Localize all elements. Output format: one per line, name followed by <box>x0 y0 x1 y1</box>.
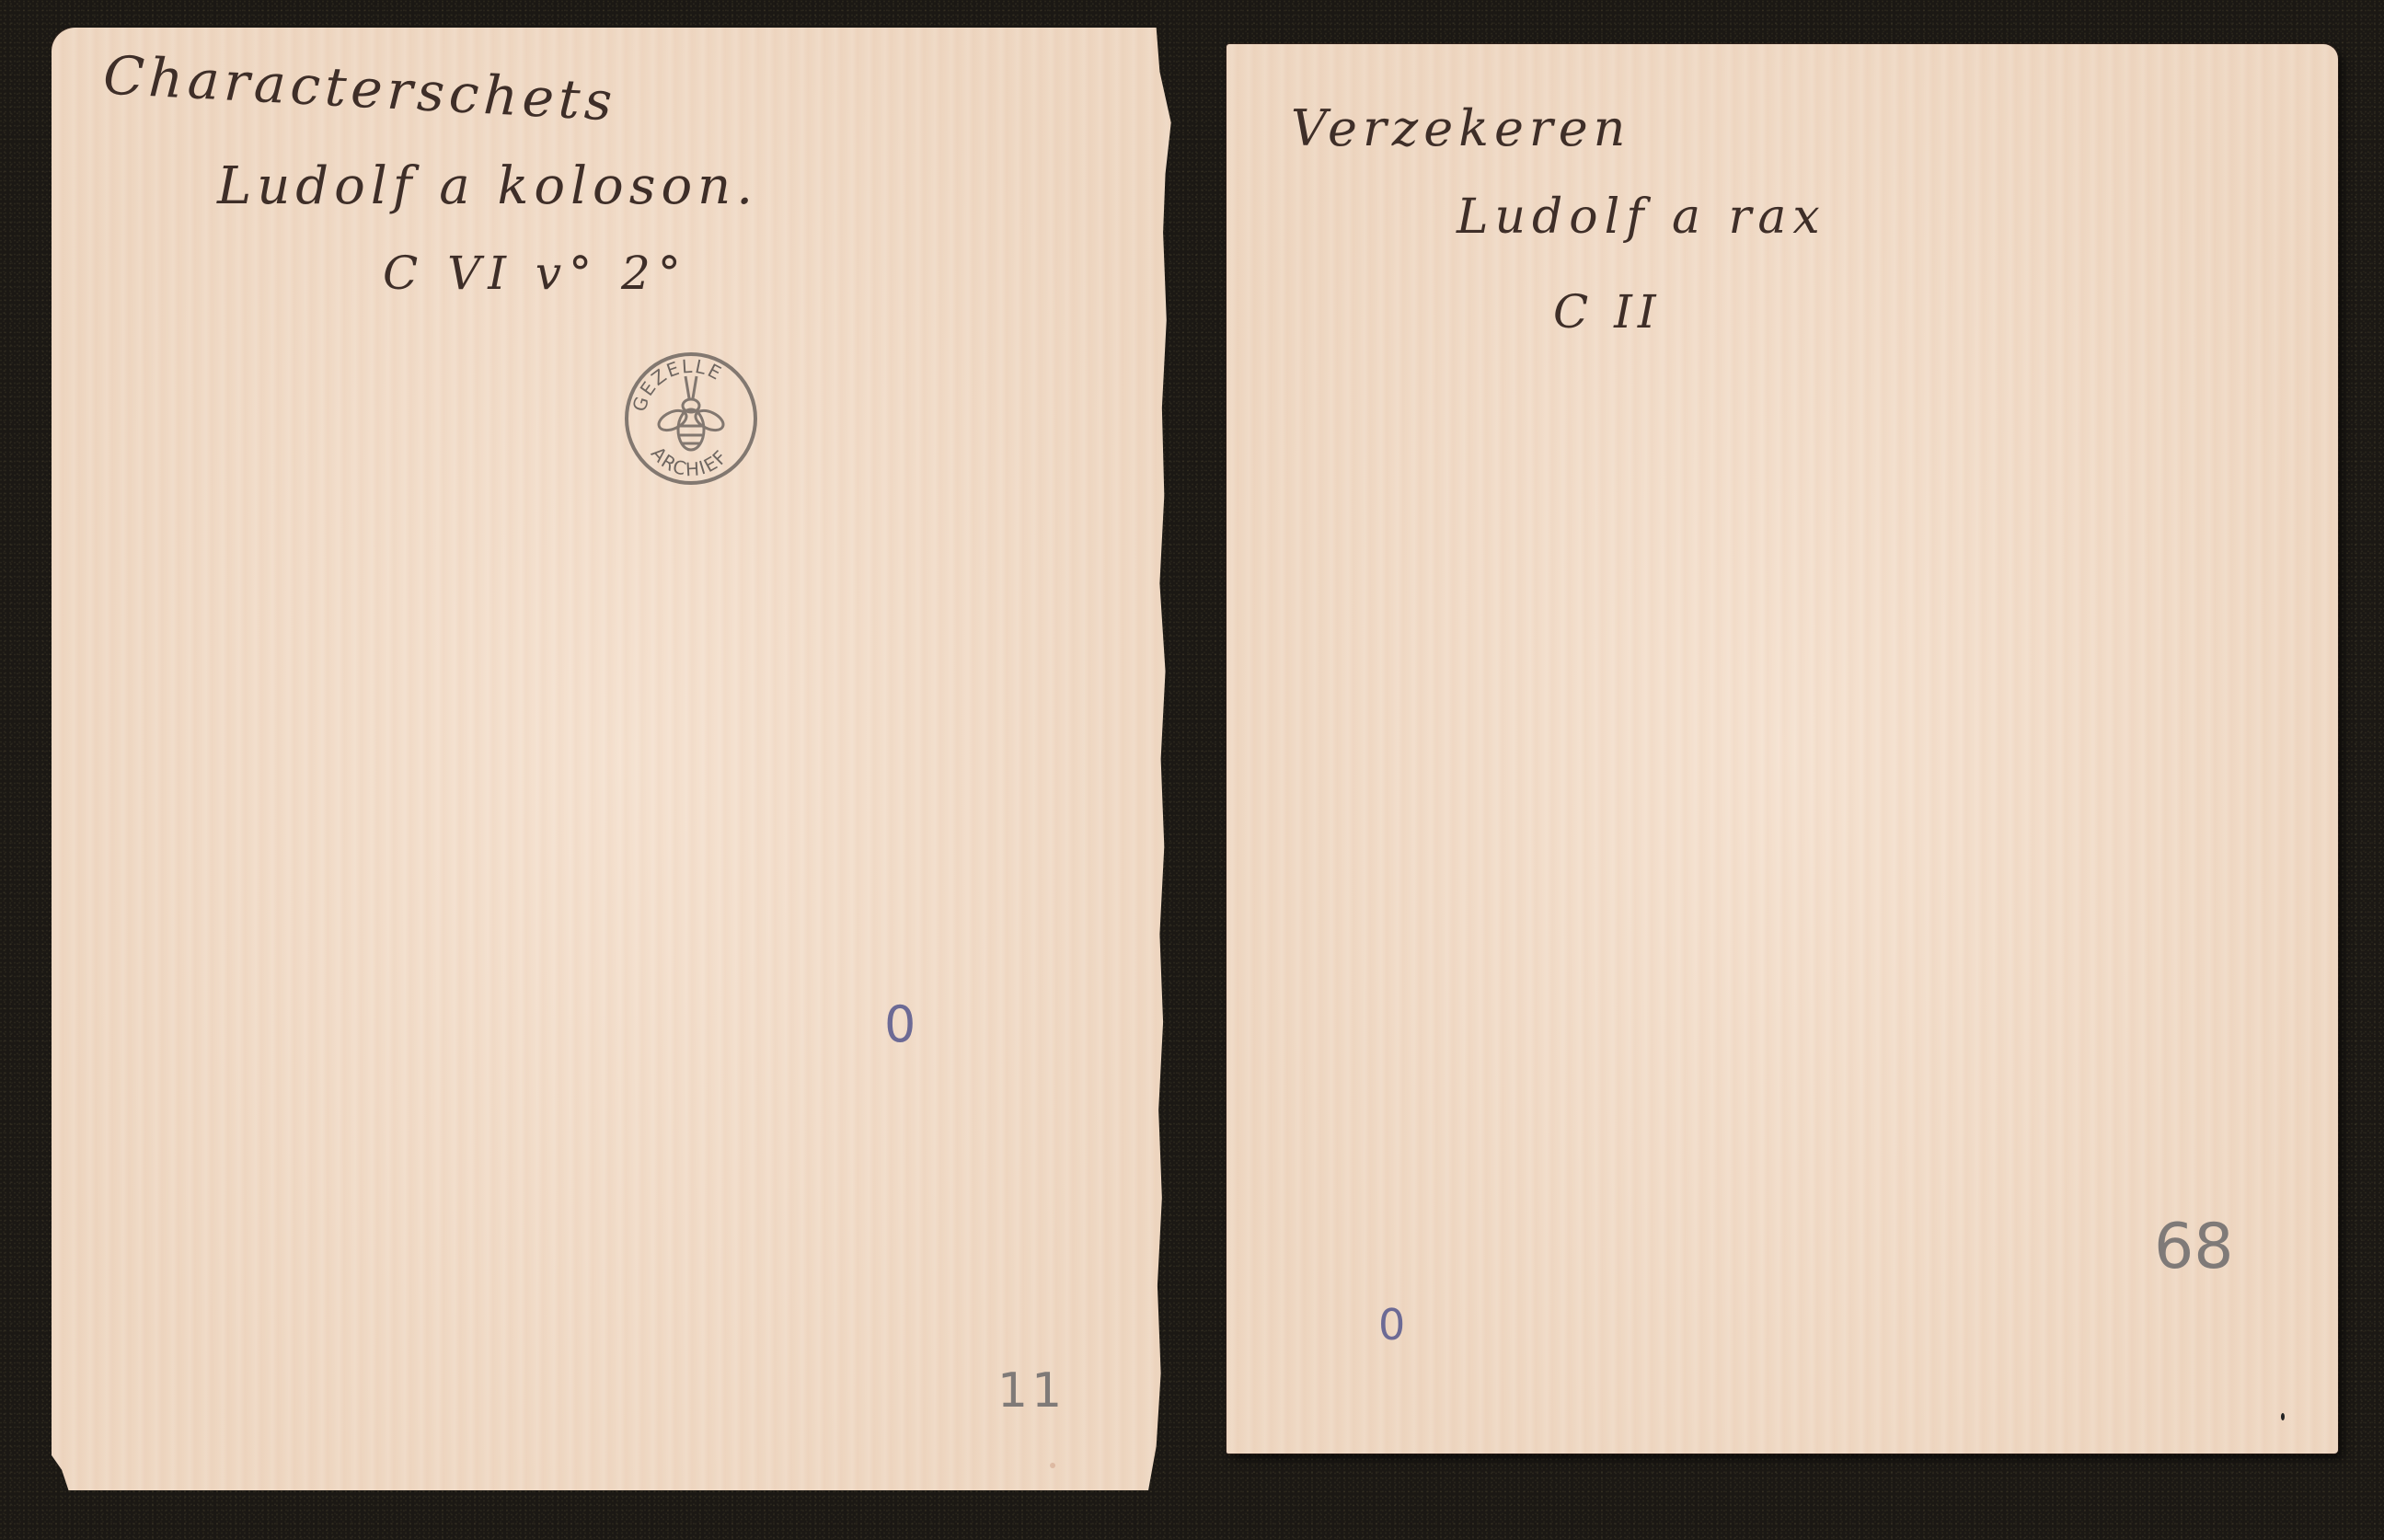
ink-dot <box>2281 1413 2285 1420</box>
right-reference-code: C II <box>1553 285 1662 339</box>
left-subtitle-handwriting: Ludolf a koloson. <box>217 156 758 216</box>
right-subtitle-handwriting: Ludolf a rax <box>1457 190 1826 245</box>
left-reference-code: C VI v° 2° <box>383 247 688 300</box>
right-page-number: 68 <box>2154 1211 2234 1283</box>
left-blue-circle-mark: 0 <box>884 995 916 1053</box>
right-title-handwriting: Verzekeren <box>1291 99 1630 157</box>
left-page-number: 11 <box>997 1363 1065 1419</box>
gezelle-archief-stamp: GEZELLE ARCHIEF <box>617 345 765 492</box>
right-document-sheet: Verzekeren Ludolf a rax C II 0 68 <box>1227 44 2338 1454</box>
left-title-handwriting: Characterschets <box>102 43 618 132</box>
paper-stain <box>1050 1463 1055 1468</box>
left-document-sheet: Characterschets Ludolf a koloson. C VI v… <box>52 28 1187 1490</box>
right-blue-circle-mark: 0 <box>1378 1300 1405 1350</box>
bee-icon: GEZELLE ARCHIEF <box>617 345 765 492</box>
svg-text:GEZELLE: GEZELLE <box>628 355 726 414</box>
